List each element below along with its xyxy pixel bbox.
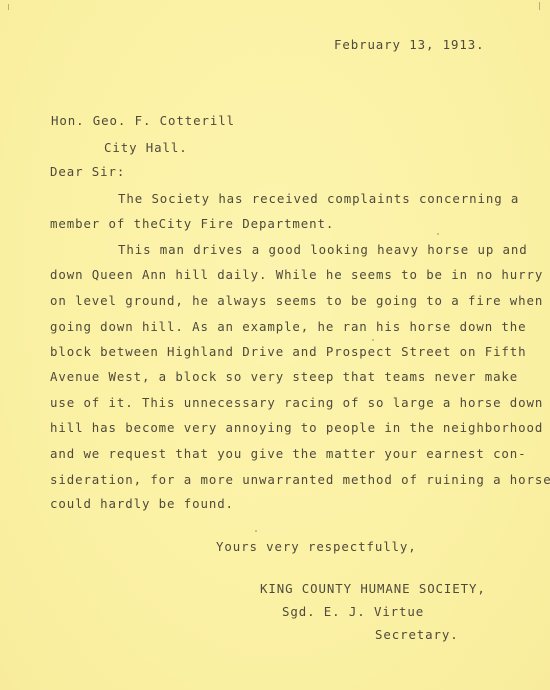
salutation: Dear Sir: <box>50 165 125 179</box>
paper-speck <box>255 530 257 532</box>
paper-speck <box>437 233 439 235</box>
body-line: going down hill. As an example, he ran h… <box>50 320 527 334</box>
signer-name: Sgd. E. J. Virtue <box>282 605 424 619</box>
recipient-name: Hon. Geo. F. Cotterill <box>51 114 235 128</box>
body-line: This man drives a good looking heavy hor… <box>118 243 528 257</box>
letter-date: February 13, 1913. <box>334 38 484 52</box>
body-line: on level ground, he always seems to be g… <box>50 294 543 308</box>
body-line: sideration, for a more unwarranted metho… <box>50 473 550 487</box>
body-line: The Society has received complaints conc… <box>118 192 519 206</box>
closing: Yours very respectfully, <box>216 540 417 554</box>
letter-page: February 13, 1913. Hon. Geo. F. Cotteril… <box>0 0 550 690</box>
organization-name: KING COUNTY HUMANE SOCIETY, <box>260 582 486 596</box>
paper-mark <box>539 2 540 10</box>
signer-title: Secretary. <box>375 628 459 642</box>
body-line: block between Highland Drive and Prospec… <box>50 345 527 359</box>
body-line: Avenue West, a block so very steep that … <box>50 370 518 384</box>
body-line: down Queen Ann hill daily. While he seem… <box>50 268 543 282</box>
body-line: could hardly be found. <box>50 497 234 511</box>
paper-speck <box>372 339 374 341</box>
paper-mark <box>8 4 9 10</box>
body-line: member of theCity Fire Department. <box>50 217 334 231</box>
body-line: hill has become very annoying to people … <box>50 421 543 435</box>
body-line: use of it. This unnecessary racing of so… <box>50 396 543 410</box>
body-line: and we request that you give the matter … <box>50 447 527 461</box>
recipient-office: City Hall. <box>104 141 188 155</box>
